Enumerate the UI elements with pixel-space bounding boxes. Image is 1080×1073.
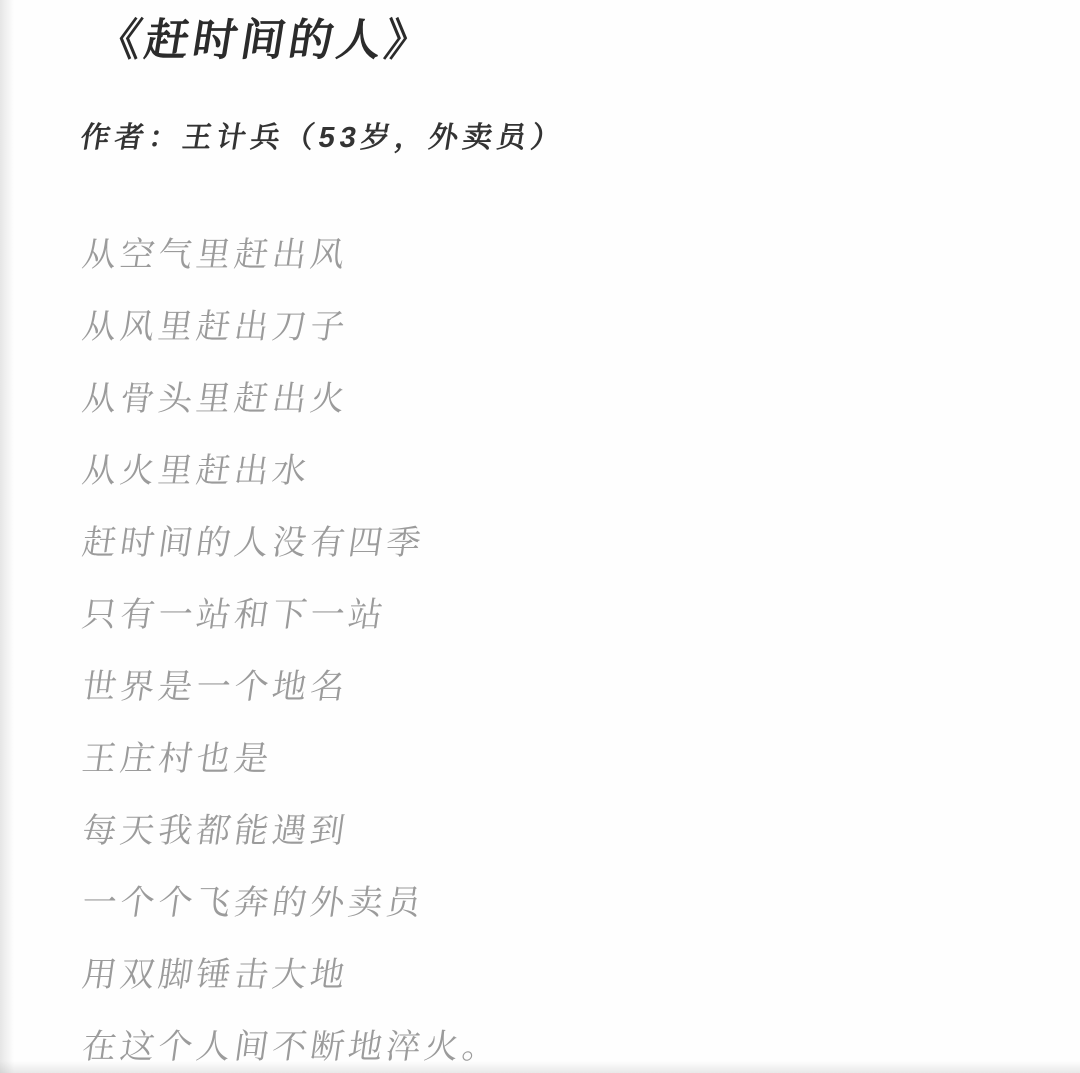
poem-line: 从空气里赶出风 (80, 238, 1080, 272)
poem-line: 用双脚锤击大地 (80, 958, 1080, 992)
poem-line: 从火里赶出水 (80, 454, 1080, 488)
poem-line: 世界是一个地名 (80, 670, 1080, 704)
poem-line: 从骨头里赶出火 (80, 382, 1080, 416)
poem-line: 在这个人间不断地淬火。 (80, 1030, 1080, 1064)
poem-line: 一个个飞奔的外卖员 (80, 886, 1080, 920)
poem-body: 从空气里赶出风 从风里赶出刀子 从骨头里赶出火 从火里赶出水 赶时间的人没有四季… (80, 238, 1080, 1064)
poem-title: 《赶时间的人》 (93, 16, 1080, 66)
poem-author: 作者：王计兵（53岁，外卖员） (78, 120, 1080, 156)
poem-line: 赶时间的人没有四季 (80, 526, 1080, 560)
poem-line: 王庄村也是 (80, 742, 1080, 776)
poem-line: 从风里赶出刀子 (80, 310, 1080, 344)
poem-line: 每天我都能遇到 (80, 814, 1080, 848)
poem-line: 只有一站和下一站 (80, 598, 1080, 632)
poem-page: 《赶时间的人》 作者：王计兵（53岁，外卖员） 从空气里赶出风 从风里赶出刀子 … (0, 0, 1080, 1073)
